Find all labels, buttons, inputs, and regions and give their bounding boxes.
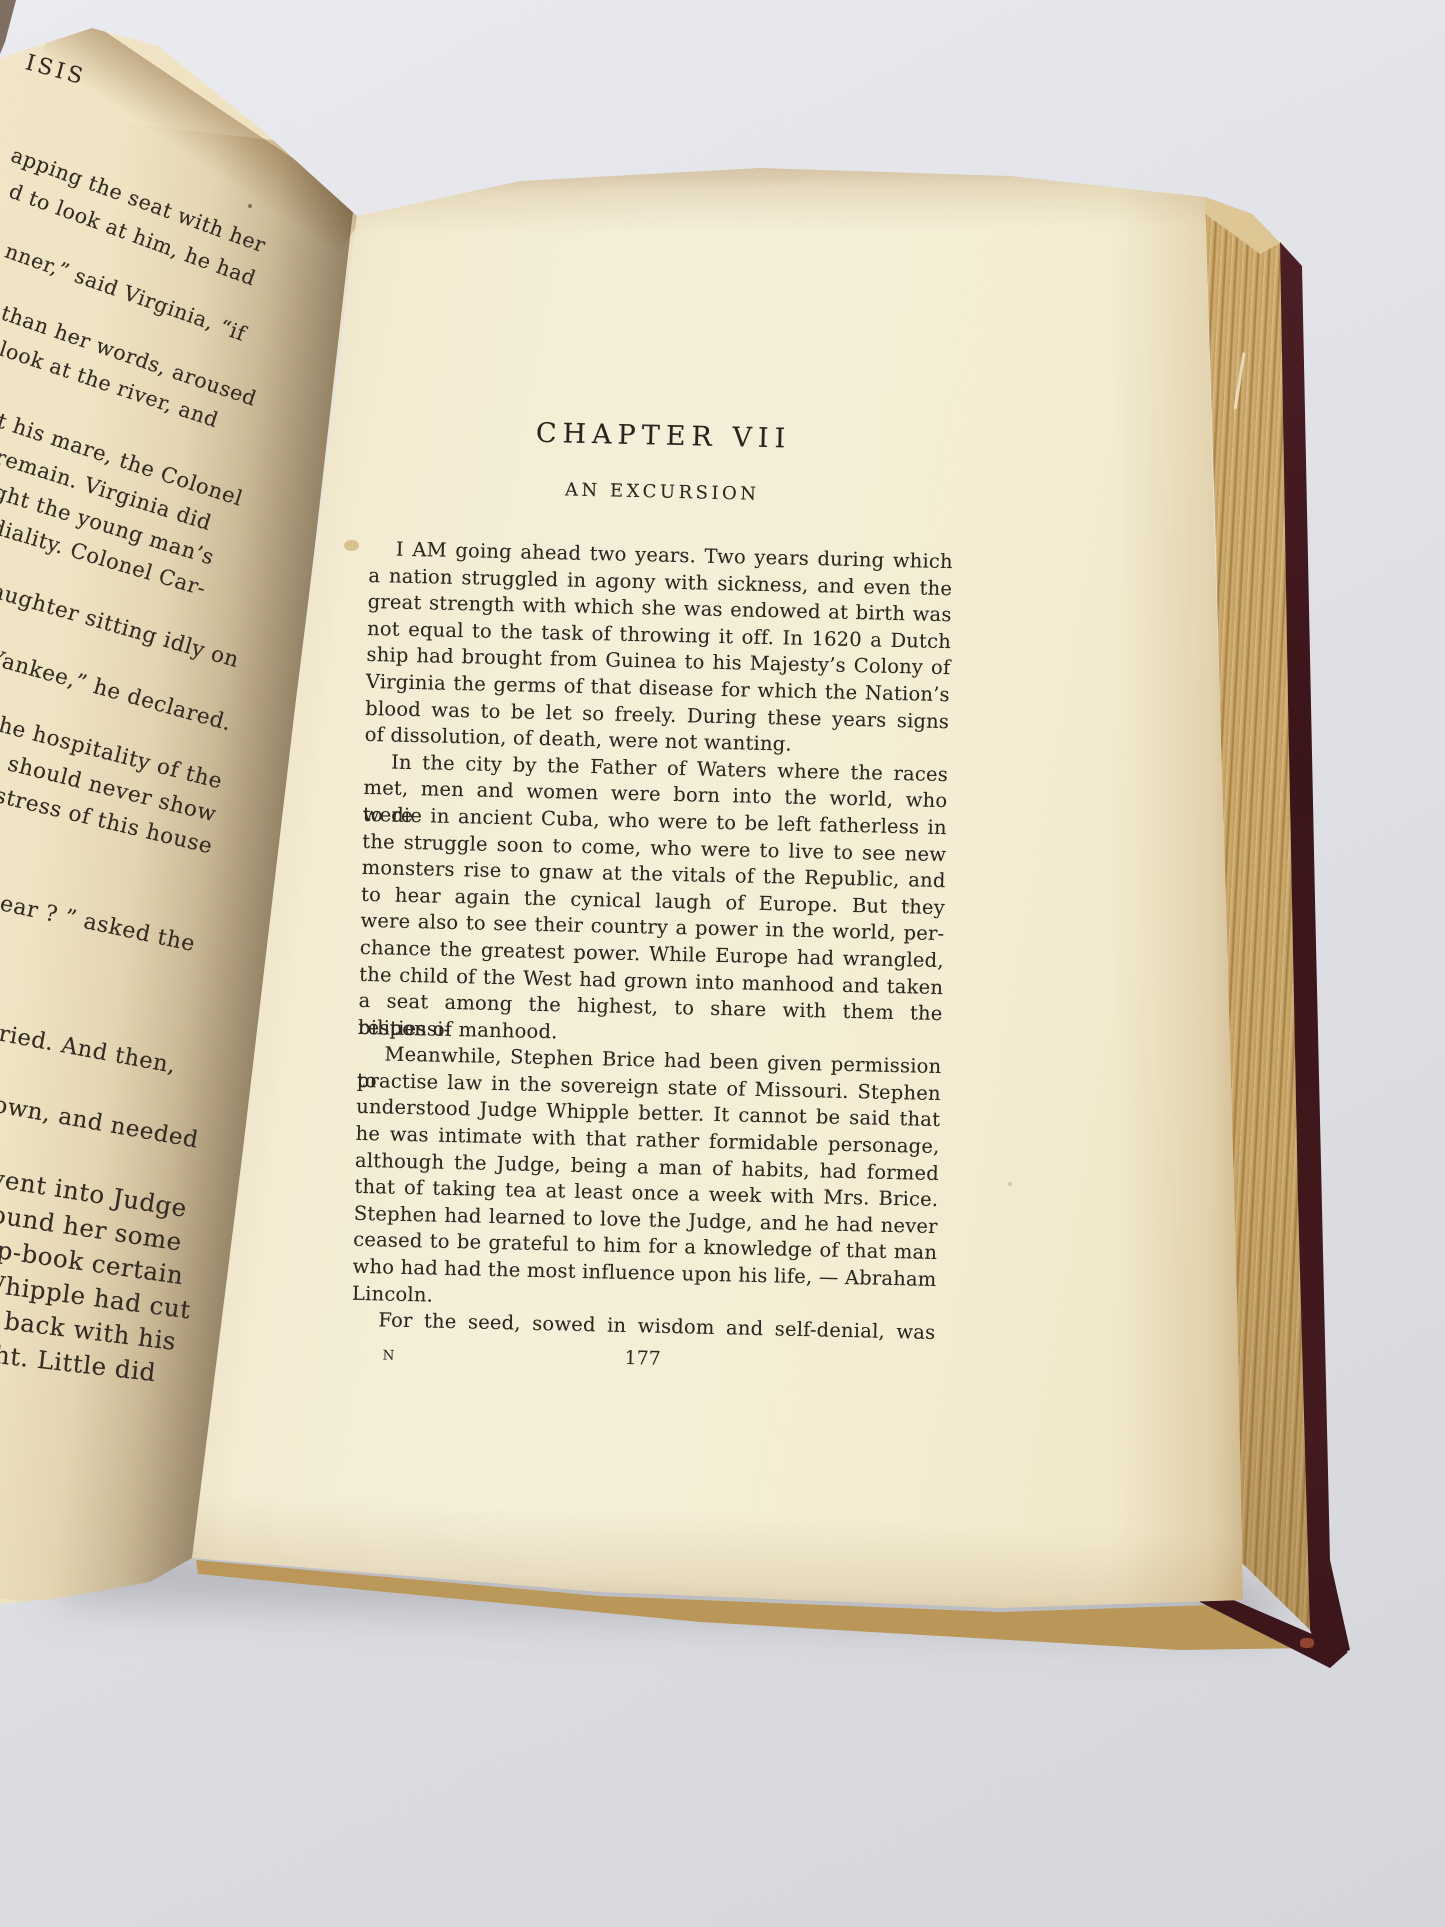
signature-mark: N	[382, 1347, 395, 1363]
left-page-running-header: ISIS	[23, 50, 89, 90]
page-body-text: I AM going ahead two years. Two years du…	[351, 536, 953, 1347]
page-speck	[1008, 1182, 1012, 1186]
chapter-heading: CHAPTER VII	[371, 414, 956, 458]
left-page-text-fragment: dear ? ” asked the	[0, 888, 197, 957]
right-page-top-edge-shadow	[340, 155, 1221, 236]
page-text-block: CHAPTER VII AN EXCURSION I AM going ahea…	[350, 414, 956, 1388]
cover-wear-chip	[1300, 1638, 1314, 1648]
page-footer: N 177	[350, 1341, 935, 1388]
chapter-title: AN EXCURSION	[370, 475, 954, 509]
left-page-text-fragment: cried. And then,	[0, 1018, 178, 1079]
book-photo: ISISapping the seat with herd to look at…	[0, 0, 1445, 1927]
foxing-stain	[344, 540, 359, 551]
left-page-text-fragment: town, and needed	[0, 1090, 200, 1153]
page-number: 177	[350, 1341, 934, 1376]
